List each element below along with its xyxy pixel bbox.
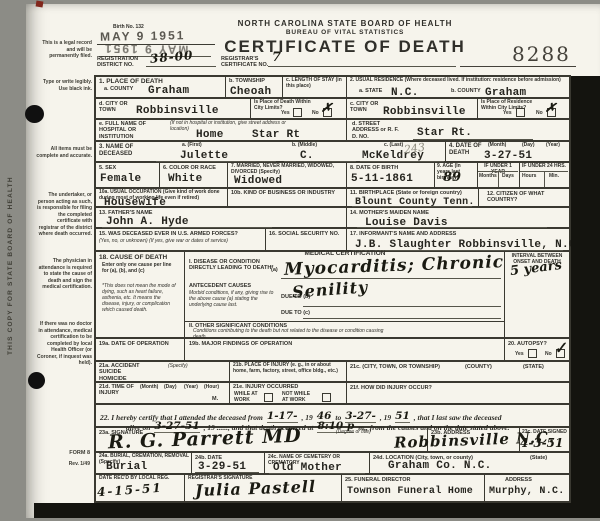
punch-hole-icon bbox=[25, 105, 44, 123]
form-number: FORM 8 bbox=[56, 450, 90, 457]
scanned-death-certificate: { "doc":{ "serial":"8288", "birth_no":"B… bbox=[0, 0, 600, 521]
time-of-injury-label: 21d. TIME OF INJURY bbox=[99, 384, 139, 397]
year-label: (Year) bbox=[546, 143, 560, 149]
death-city-value: Robbinsville bbox=[136, 106, 219, 117]
due-to-c-label: DUE TO (c) bbox=[281, 310, 310, 316]
cause-note-1: Enter only one cause per line for (a), (… bbox=[102, 263, 178, 275]
morbid-note: Morbid conditions, if any, giving rise t… bbox=[189, 291, 277, 309]
field-industry: 10b. KIND OF BUSINESS OR INDUSTRY bbox=[228, 189, 347, 206]
field-residence-city: c. CITY OR TOWN Robbinsville bbox=[347, 99, 478, 118]
red-ink-mark bbox=[36, 0, 44, 7]
field-father-name: 13. FATHER'S NAME John A. Hyde bbox=[96, 208, 347, 227]
row-city-limits: d. CITY OR TOWN Robbinsville Is Place of… bbox=[96, 99, 569, 120]
divider-line bbox=[498, 171, 499, 187]
not-while-at-work-checkbox bbox=[322, 393, 331, 402]
industry-label: 10b. KIND OF BUSINESS OR INDUSTRY bbox=[231, 190, 341, 196]
date-signed-value: 4-3-51 bbox=[520, 436, 563, 450]
row-forces-ssn-informant: 15. WAS DECEASED EVER IN U.S. ARMED FORC… bbox=[96, 229, 569, 252]
field-length-of-stay: c. LENGTH OF STAY (in this place) bbox=[283, 77, 347, 97]
not-while-at-work-label: NOT WHILE AT WORK bbox=[282, 392, 316, 404]
scan-black-edge-right bbox=[571, 76, 600, 505]
field-injury-occurred: 21e. INJURY OCCURRED WHILE AT WORK NOT W… bbox=[230, 383, 347, 403]
informant-label: 17. INFORMANT'S NAME AND ADDRESS bbox=[350, 231, 456, 237]
form-revision: Rev. 1/49 bbox=[53, 461, 90, 468]
hours-label: Hours bbox=[522, 174, 536, 180]
field-date-of-birth: 8. DATE OF BIRTH 5-11-1861 bbox=[347, 163, 435, 187]
row-certification-statement: 22. I hereby certify that I attended the… bbox=[96, 405, 569, 428]
how-injury-label: 21f. HOW DID INJURY OCCUR? bbox=[350, 385, 432, 391]
field-accident-type: 21a. ACCIDENT SUICIDE HOMICIDE (Specify) bbox=[96, 362, 230, 381]
age-value: 89 bbox=[443, 170, 461, 185]
yes-label: Yes bbox=[503, 111, 512, 117]
date-received-value: 4-15-51 bbox=[97, 481, 164, 500]
field-county-of-death: 1. PLACE OF DEATH a. COUNTY Graham bbox=[96, 77, 226, 97]
divider-line bbox=[544, 171, 545, 187]
certificate-title: CERTIFICATE OF DEATH bbox=[195, 37, 495, 57]
residence-county-label: b. COUNTY bbox=[451, 88, 481, 94]
middle-name-label: b. (Middle) bbox=[292, 143, 317, 149]
degree-or-title-label: (Degree or title) bbox=[336, 430, 371, 436]
specify-label: (Specify) bbox=[168, 364, 188, 370]
death-city-label: d. CITY OR TOWN bbox=[99, 101, 133, 114]
org-title: NORTH CAROLINA STATE BOARD OF HEALTH bbox=[205, 19, 485, 28]
field-occupation: 10a. USUAL OCCUPATION (Give kind of work… bbox=[96, 189, 228, 206]
margin-note-type: Type or write legibly. Use black ink. bbox=[36, 79, 92, 92]
race-label: 6. COLOR OR RACE bbox=[163, 165, 225, 171]
no-checkbox-mark: ✗ bbox=[544, 100, 556, 116]
margin-note-no-doctor: If there was no doctor in attendance, me… bbox=[36, 321, 92, 367]
date-of-birth-value: 5-11-1861 bbox=[351, 174, 413, 185]
field-time-of-injury: 21d. TIME OF INJURY (Month) (Day) (Year)… bbox=[96, 383, 230, 403]
row-injury-time: 21d. TIME OF INJURY (Month) (Day) (Year)… bbox=[96, 383, 569, 405]
field-city-of-death: d. CITY OR TOWN Robbinsville bbox=[96, 99, 251, 118]
cause-a-label: (a) bbox=[271, 267, 278, 273]
month-label: (Month) bbox=[488, 143, 506, 149]
row-place-and-residence: 1. PLACE OF DEATH a. COUNTY Graham b. TO… bbox=[96, 77, 569, 99]
field-name-of-deceased: 3. NAME OF DECEASED a. (First) Julette b… bbox=[96, 142, 446, 161]
residence-state-label: a. STATE bbox=[359, 88, 382, 94]
field-armed-forces: 15. WAS DECEASED EVER IN U.S. ARMED FORC… bbox=[96, 229, 266, 250]
rule-line bbox=[268, 66, 456, 67]
registrar-signature-value: Julia Pastell bbox=[195, 477, 317, 500]
field-race: 6. COLOR OR RACE White bbox=[160, 163, 228, 187]
field-burial-date: 24b. DATE 3-29-51 bbox=[192, 453, 265, 473]
field-if-under-1-year: IF UNDER 1 YEAR Months Days bbox=[478, 163, 520, 187]
row-parents: 13. FATHER'S NAME John A. Hyde 14. MOTHE… bbox=[96, 208, 569, 229]
no-label: No bbox=[536, 111, 543, 117]
mother-label: 14. MOTHER'S MAIDEN NAME bbox=[350, 210, 429, 216]
min-label: Min. bbox=[549, 174, 559, 180]
findings-label: 19b. MAJOR FINDINGS OF OPERATION bbox=[189, 341, 292, 347]
rule-line bbox=[413, 139, 533, 140]
injury-occurred-label: 21e. INJURY OCCURRED bbox=[233, 384, 298, 390]
date-of-death-value: 3-27-51 bbox=[484, 151, 532, 162]
yes-checkbox bbox=[528, 349, 537, 358]
residence-county-value: Graham bbox=[485, 88, 526, 99]
field-sex: 5. SEX Female bbox=[96, 163, 160, 187]
armed-forces-label: 15. WAS DECEASED EVER IN U.S. ARMED FORC… bbox=[99, 231, 263, 237]
date-of-death-label: 4. DATE OF DEATH bbox=[449, 143, 485, 157]
rule-line bbox=[303, 318, 501, 319]
length-of-stay-label: c. LENGTH OF STAY (in this place) bbox=[286, 78, 344, 90]
field-burial-location: 24d. LOCATION (City, town, or county) (S… bbox=[370, 453, 569, 473]
county-label: a. COUNTY bbox=[104, 86, 133, 92]
row-operation-autopsy: 19a. DATE OF OPERATION 19b. MAJOR FINDIN… bbox=[96, 339, 569, 362]
burial-type-value: Burial bbox=[106, 462, 147, 473]
first-name-label: a. (First) bbox=[182, 143, 202, 149]
rule-line bbox=[156, 161, 276, 162]
hospital-value: Home bbox=[196, 130, 224, 141]
township-label: b. TOWNSHIP bbox=[229, 78, 265, 84]
no-checkbox-mark: ✓ bbox=[553, 338, 568, 358]
burial-location-state-label: (State) bbox=[530, 455, 547, 461]
rule-line bbox=[102, 227, 272, 228]
last-name-label: c. (Last) bbox=[384, 143, 403, 149]
sex-label: 5. SEX bbox=[99, 165, 116, 171]
armed-forces-subnote: (Yes, no, or unknown) (If yes, give war … bbox=[99, 239, 259, 245]
injury-state-label: (STATE) bbox=[523, 364, 544, 370]
meridiem-label: M. bbox=[212, 396, 218, 402]
usual-residence-title: 2. USUAL RESIDENCE (Where deceased lived… bbox=[350, 78, 566, 84]
field-burial-type: 24a. BURIAL, CREMATION, REMOVAL (Specify… bbox=[96, 453, 192, 473]
field-residence-city-limits: Is Place of Residence Within City Limits… bbox=[478, 99, 569, 118]
days-label: Days bbox=[502, 174, 514, 180]
citizen-label: 12. CITIZEN OF WHAT COUNTRY? bbox=[487, 191, 567, 204]
street-address-value: Star Rt. bbox=[417, 128, 472, 139]
date-of-birth-label: 8. DATE OF BIRTH bbox=[350, 165, 398, 171]
rule-line bbox=[284, 161, 356, 162]
yes-label: Yes bbox=[515, 352, 524, 358]
margin-note-physician: The physician in attendance is required … bbox=[36, 258, 92, 291]
field-date-of-death: 4. DATE OF DEATH (Month) (Day) (Year) 3-… bbox=[446, 142, 569, 161]
injury-city-label: 21c. (CITY, TOWN, OR TOWNSHIP) bbox=[350, 364, 440, 370]
field-operation-findings: 19b. MAJOR FINDINGS OF OPERATION bbox=[185, 339, 505, 360]
field-injury-city: 21c. (CITY, TOWN, OR TOWNSHIP) (COUNTY) … bbox=[347, 362, 569, 381]
row-injury-place: 21a. ACCIDENT SUICIDE HOMICIDE (Specify)… bbox=[96, 362, 569, 383]
hospital-value-2: Star Rt bbox=[252, 130, 300, 141]
yes-checkbox bbox=[293, 108, 302, 117]
rule-line bbox=[303, 306, 501, 307]
autopsy-label: 20. AUTOPSY? bbox=[508, 341, 547, 347]
field-ssn: 16. SOCIAL SECURITY NO. bbox=[266, 229, 347, 250]
yes-checkbox bbox=[516, 108, 525, 117]
disease-label-line2: DIRECTLY LEADING TO DEATH* bbox=[189, 265, 273, 271]
operation-date-label: 19a. DATE OF OPERATION bbox=[99, 341, 179, 347]
while-at-work-label: WHILE AT WORK bbox=[234, 392, 262, 404]
no-label: No bbox=[545, 352, 552, 358]
certificate-serial-number: 8288 bbox=[512, 42, 571, 66]
field-birthplace: 11. BIRTHPLACE (State or foreign country… bbox=[347, 189, 479, 206]
day-label: (Day) bbox=[522, 143, 535, 149]
field-mother-name: 14. MOTHER'S MAIDEN NAME Louise Davis bbox=[347, 208, 569, 227]
section-divider-line bbox=[185, 321, 505, 322]
field-age: 9. AGE (In years last birthday) 89 bbox=[435, 163, 478, 187]
field-hospital: e. FULL NAME OF HOSPITAL OR INSTITUTION … bbox=[96, 120, 347, 140]
under-24-hrs-label: IF UNDER 24 HRS. bbox=[520, 164, 568, 170]
margin-note-undertaker: The undertaker, or person acting as such… bbox=[36, 192, 92, 238]
row-sex-race-marital-birth-age: 5. SEX Female 6. COLOR OR RACE White 7. … bbox=[96, 163, 569, 189]
injury-county-label: (COUNTY) bbox=[465, 364, 492, 370]
yes-label: Yes bbox=[281, 111, 290, 117]
months-label: Months bbox=[479, 174, 497, 180]
funeral-address-label: ADDRESS bbox=[505, 477, 532, 483]
field-informant: 17. INFORMANT'S NAME AND ADDRESS J.B. Sl… bbox=[347, 229, 569, 250]
field-how-injury-occurred: 21f. HOW DID INJURY OCCUR? bbox=[347, 383, 569, 403]
registration-district-label: REGISTRATION DISTRICT NO. bbox=[97, 56, 157, 69]
name-title: 3. NAME OF DECEASED bbox=[99, 144, 147, 158]
row-filing: DATE REC'D BY LOCAL REG. 4-15-51 REGISTR… bbox=[96, 475, 569, 501]
cause-title: 18. CAUSE OF DEATH bbox=[99, 254, 167, 262]
funeral-director-label: 25. FUNERAL DIRECTOR bbox=[345, 477, 411, 483]
copy-designation-vertical-text: THIS COPY FOR STATE BOARD OF HEALTH bbox=[7, 163, 14, 355]
field-certification-statement: 22. I hereby certify that I attended the… bbox=[96, 405, 569, 426]
field-autopsy: 20. AUTOPSY? Yes No ✓ bbox=[505, 339, 569, 360]
residence-state-value: N.C. bbox=[391, 88, 419, 99]
field-citizen: 12. CITIZEN OF WHAT COUNTRY? bbox=[479, 189, 569, 206]
field-operation-date: 19a. DATE OF OPERATION bbox=[96, 339, 185, 360]
field-place-of-injury: 21b. PLACE OF INJURY (e. g., in or about… bbox=[230, 362, 347, 381]
margin-note-legal: This is a legal record and will be perma… bbox=[36, 40, 92, 60]
funeral-director-value: Townson Funeral Home bbox=[347, 487, 473, 497]
punch-hole-icon bbox=[28, 372, 45, 389]
cause-note-2: *This does not mean the mode of dying, s… bbox=[102, 284, 178, 313]
day-label: (Day) bbox=[164, 385, 177, 391]
antecedent-label: ANTECEDENT CAUSES bbox=[189, 283, 251, 289]
township-value: Cheoah bbox=[230, 87, 271, 98]
scan-black-edge-bottom bbox=[34, 503, 600, 518]
row-hospital-street: e. FULL NAME OF HOSPITAL OR INSTITUTION … bbox=[96, 120, 569, 142]
accident-label: 21a. ACCIDENT SUICIDE HOMICIDE bbox=[99, 363, 147, 382]
rule-line bbox=[360, 161, 444, 162]
rule-line bbox=[357, 227, 547, 228]
certificate-form: 1. PLACE OF DEATH a. COUNTY Graham b. TO… bbox=[94, 75, 571, 503]
rule-line bbox=[146, 66, 216, 67]
row-burial: 24a. BURIAL, CREMATION, REMOVAL (Specify… bbox=[96, 453, 569, 475]
field-if-under-24-hrs: IF UNDER 24 HRS. Hours Min. bbox=[520, 163, 569, 187]
field-cemetery: 24c. NAME OF CEMETERY OR CREMATORY Old M… bbox=[265, 453, 370, 473]
rule-line bbox=[269, 473, 365, 474]
field-funeral-address: ADDRESS Murphy, N.C. bbox=[485, 475, 569, 501]
no-checkbox-mark: ✗ bbox=[320, 100, 332, 116]
rule-line bbox=[460, 66, 576, 67]
burial-location-value: Graham Co. N.C. bbox=[388, 461, 492, 472]
birthplace-label: 11. BIRTHPLACE (State or foreign country… bbox=[350, 190, 476, 196]
field-death-city-limits: Is Place of Death Within City Limits? Ye… bbox=[251, 99, 347, 118]
row-name-and-death-date: 3. NAME OF DECEASED a. (First) Julette b… bbox=[96, 142, 569, 163]
residence-city-value: Robbinsville bbox=[383, 107, 466, 118]
race-value: White bbox=[168, 174, 203, 185]
marital-label: 7. MARRIED, NEVER MARRIED, WIDOWED, DIVO… bbox=[231, 164, 343, 176]
field-registrar-signature: REGISTRAR'S SIGNATURE Julia Pastell bbox=[185, 475, 342, 501]
field-township: b. TOWNSHIP Cheoah bbox=[226, 77, 283, 97]
funeral-address-value: Murphy, N.C. bbox=[489, 487, 565, 497]
county-value: Graham bbox=[148, 86, 189, 97]
date-received-label: DATE REC'D BY LOCAL REG. bbox=[99, 476, 181, 482]
field-date-received: DATE REC'D BY LOCAL REG. 4-15-51 bbox=[96, 475, 185, 501]
hour-label: (Hour) bbox=[204, 385, 219, 391]
no-label: No bbox=[312, 111, 319, 117]
field-cause-of-death-notes: 18. CAUSE OF DEATH Enter only one cause … bbox=[96, 252, 185, 337]
month-label: (Month) bbox=[140, 385, 158, 391]
street-address-label: d. STREET ADDRESS or R. F. D. NO. bbox=[352, 121, 404, 140]
ssn-label: 16. SOCIAL SECURITY NO. bbox=[269, 231, 343, 237]
field-funeral-director: 25. FUNERAL DIRECTOR Townson Funeral Hom… bbox=[342, 475, 485, 501]
while-at-work-checkbox bbox=[264, 393, 273, 402]
hospital-label: e. FULL NAME OF HOSPITAL OR INSTITUTION bbox=[99, 121, 167, 140]
marital-value: Widowed bbox=[234, 176, 282, 187]
place-of-injury-label: 21b. PLACE OF INJURY (e. g., in or about… bbox=[233, 363, 343, 375]
bureau-subtitle: BUREAU OF VITAL STATISTICS bbox=[205, 29, 485, 37]
margin-note-complete: All items must be complete and accurate. bbox=[36, 146, 92, 159]
residence-city-label: c. CITY OR TOWN bbox=[350, 101, 384, 114]
rule-line bbox=[195, 472, 259, 473]
year-label: (Year) bbox=[184, 385, 198, 391]
field-street-address: d. STREET ADDRESS or R. F. D. NO. Star R… bbox=[347, 120, 569, 140]
field-usual-residence: 2. USUAL RESIDENCE (Where deceased lived… bbox=[347, 77, 569, 97]
field-marital-status: 7. MARRIED, NEVER MARRIED, WIDOWED, DIVO… bbox=[228, 163, 347, 187]
rule-line bbox=[352, 206, 472, 207]
row-occupation-birthplace: 10a. USUAL OCCUPATION (Give kind of work… bbox=[96, 189, 569, 208]
sex-value: Female bbox=[100, 174, 141, 185]
